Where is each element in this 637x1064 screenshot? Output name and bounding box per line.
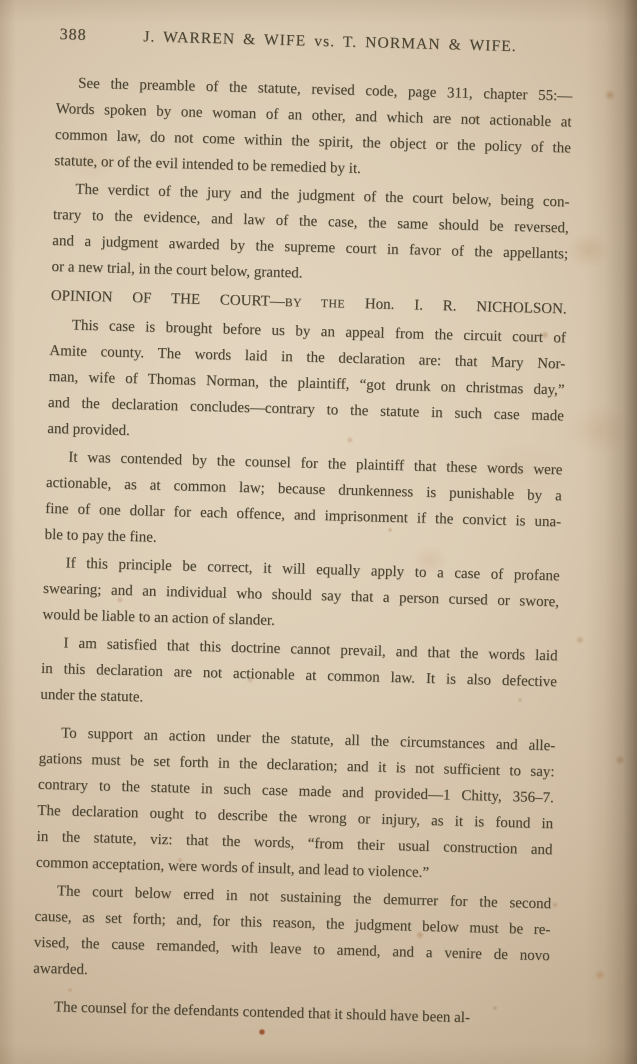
paragraph: This case is brought before us by an app… bbox=[47, 312, 566, 455]
paragraph: If this principle be correct, it will eq… bbox=[42, 550, 560, 641]
paragraph: See the preamble of the statute, revised… bbox=[54, 70, 573, 187]
paragraph: It was contended by the counsel for the … bbox=[44, 444, 563, 561]
opinion-heading-small: BY THE bbox=[285, 296, 346, 311]
page-content: 388 J. WARREN & WIFE vs. T. NORMAN & WIF… bbox=[32, 22, 574, 1033]
page-number: 388 bbox=[57, 22, 87, 49]
paragraph: To support an action under the statute, … bbox=[36, 720, 556, 889]
text-body: See the preamble of the statute, revised… bbox=[32, 70, 573, 1033]
scanned-book-page: 388 J. WARREN & WIFE vs. T. NORMAN & WIF… bbox=[0, 0, 637, 1064]
opinion-heading-lead: OPINION OF THE COURT— bbox=[51, 288, 285, 310]
paragraph: I am satisfied that this doctrine cannot… bbox=[40, 630, 558, 721]
opinion-heading-rest: Hon. I. R. NICHOLSON. bbox=[345, 296, 567, 318]
paragraph: The verdict of the jury and the judgment… bbox=[51, 176, 570, 293]
paragraph: The court below erred in not sustaining … bbox=[33, 878, 552, 995]
